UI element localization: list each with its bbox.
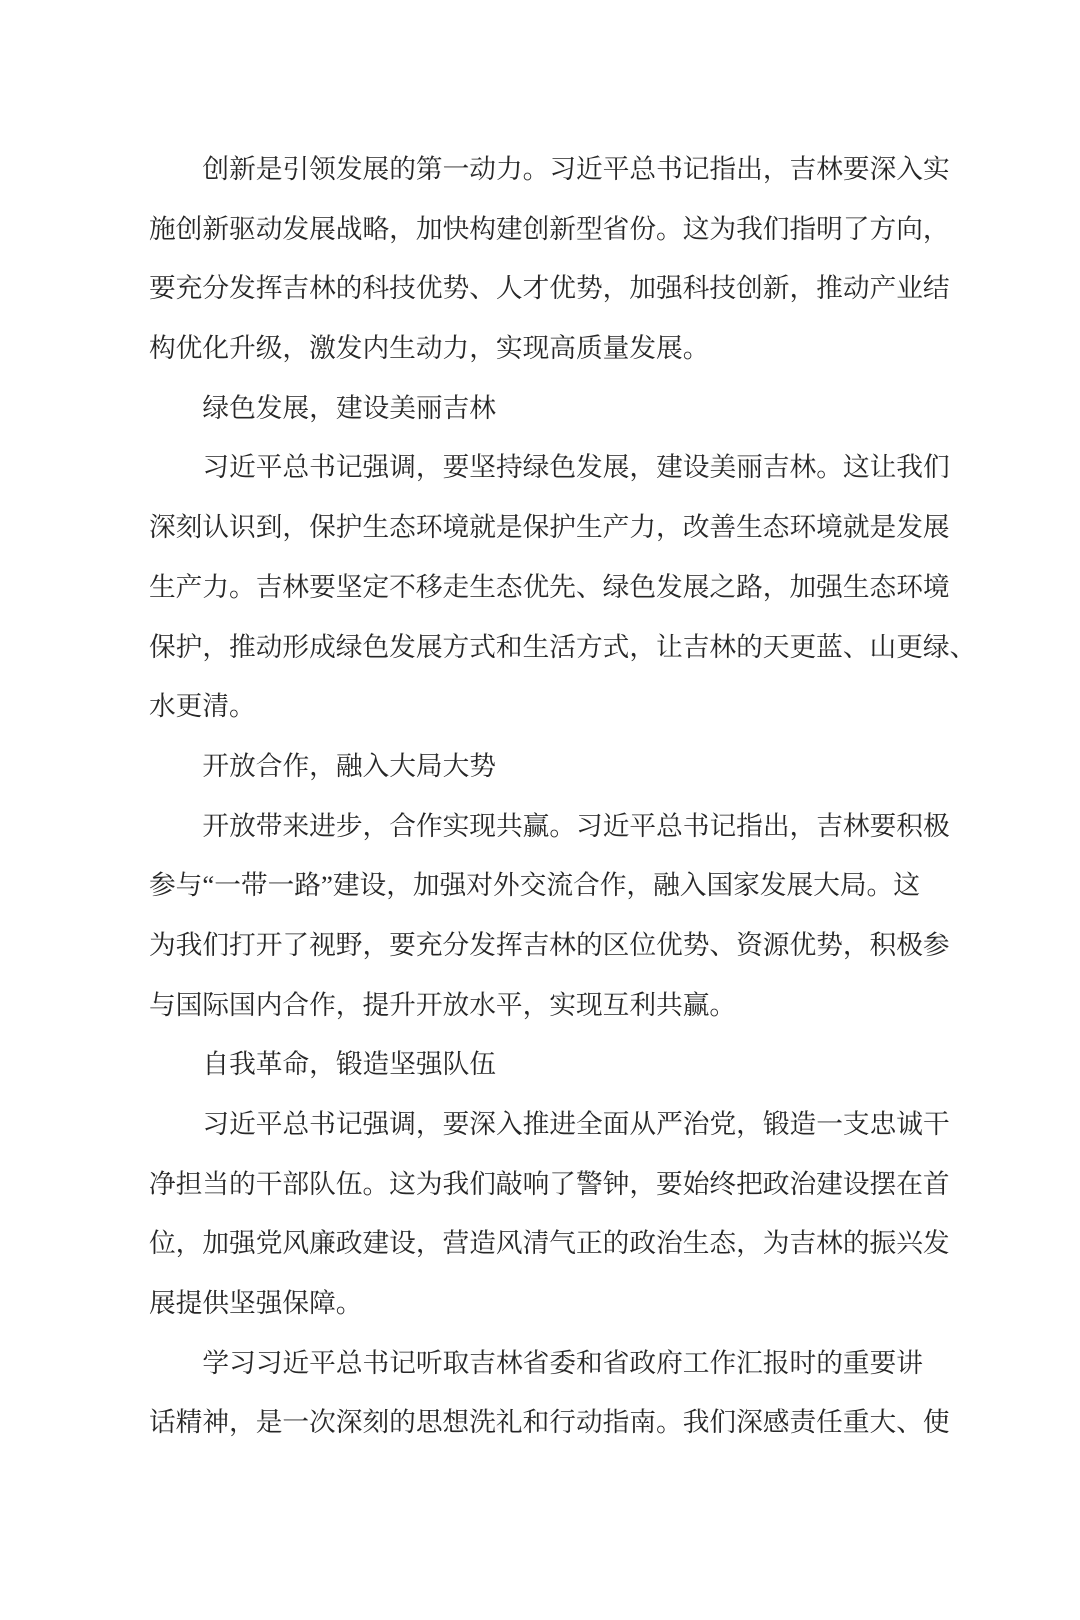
text-line: 位，加强党风廉政建设，营造风清气正的政治生态，为吉林的振兴发: [149, 1214, 957, 1274]
text-line: 开放带来进步，合作实现共赢。习近平总书记指出，吉林要积极: [149, 797, 957, 857]
text-line: 水更清。: [149, 677, 957, 737]
paragraph: 创新是引领发展的第一动力。习近平总书记指出，吉林要深入实施创新驱动发展战略，加快…: [149, 140, 957, 379]
text-line: 参与“一带一路”建设，加强对外交流合作，融入国家发展大局。这: [149, 856, 957, 916]
document-page: 创新是引领发展的第一动力。习近平总书记指出，吉林要深入实施创新驱动发展战略，加快…: [0, 0, 1080, 1620]
text-line: 与国际国内合作，提升开放水平，实现互利共赢。: [149, 976, 957, 1036]
text-line: 要充分发挥吉林的科技优势、人才优势，加强科技创新，推动产业结: [149, 259, 957, 319]
text-line: 创新是引领发展的第一动力。习近平总书记指出，吉林要深入实: [149, 140, 957, 200]
section-heading-line: 绿色发展，建设美丽吉林: [149, 379, 957, 439]
text-line: 构优化升级，激发内生动力，实现高质量发展。: [149, 319, 957, 379]
section-heading-line: 开放合作，融入大局大势: [149, 737, 957, 797]
paragraph: 开放带来进步，合作实现共赢。习近平总书记指出，吉林要积极参与“一带一路”建设，加…: [149, 797, 957, 1036]
section-heading: 自我革命，锻造坚强队伍: [149, 1035, 957, 1095]
text-line: 展提供坚强保障。: [149, 1274, 957, 1334]
paragraph: 学习习近平总书记听取吉林省委和省政府工作汇报时的重要讲话精神，是一次深刻的思想洗…: [149, 1334, 957, 1453]
section-heading: 绿色发展，建设美丽吉林: [149, 379, 957, 439]
paragraph: 习近平总书记强调，要坚持绿色发展，建设美丽吉林。这让我们深刻认识到，保护生态环境…: [149, 438, 957, 736]
text-line: 话精神，是一次深刻的思想洗礼和行动指南。我们深感责任重大、使: [149, 1393, 957, 1453]
text-line: 施创新驱动发展战略，加快构建创新型省份。这为我们指明了方向，: [149, 200, 957, 260]
text-line: 习近平总书记强调，要坚持绿色发展，建设美丽吉林。这让我们: [149, 438, 957, 498]
text-line: 生产力。吉林要坚定不移走生态优先、绿色发展之路，加强生态环境: [149, 558, 957, 618]
text-line: 保护，推动形成绿色发展方式和生活方式，让吉林的天更蓝、山更绿、: [149, 618, 957, 678]
text-line: 习近平总书记强调，要深入推进全面从严治党，锻造一支忠诚干: [149, 1095, 957, 1155]
text-line: 学习习近平总书记听取吉林省委和省政府工作汇报时的重要讲: [149, 1334, 957, 1394]
text-line: 为我们打开了视野，要充分发挥吉林的区位优势、资源优势，积极参: [149, 916, 957, 976]
text-line: 深刻认识到，保护生态环境就是保护生产力，改善生态环境就是发展: [149, 498, 957, 558]
document-body: 创新是引领发展的第一动力。习近平总书记指出，吉林要深入实施创新驱动发展战略，加快…: [149, 140, 957, 1453]
section-heading-line: 自我革命，锻造坚强队伍: [149, 1035, 957, 1095]
text-line: 净担当的干部队伍。这为我们敲响了警钟，要始终把政治建设摆在首: [149, 1155, 957, 1215]
paragraph: 习近平总书记强调，要深入推进全面从严治党，锻造一支忠诚干净担当的干部队伍。这为我…: [149, 1095, 957, 1334]
section-heading: 开放合作，融入大局大势: [149, 737, 957, 797]
